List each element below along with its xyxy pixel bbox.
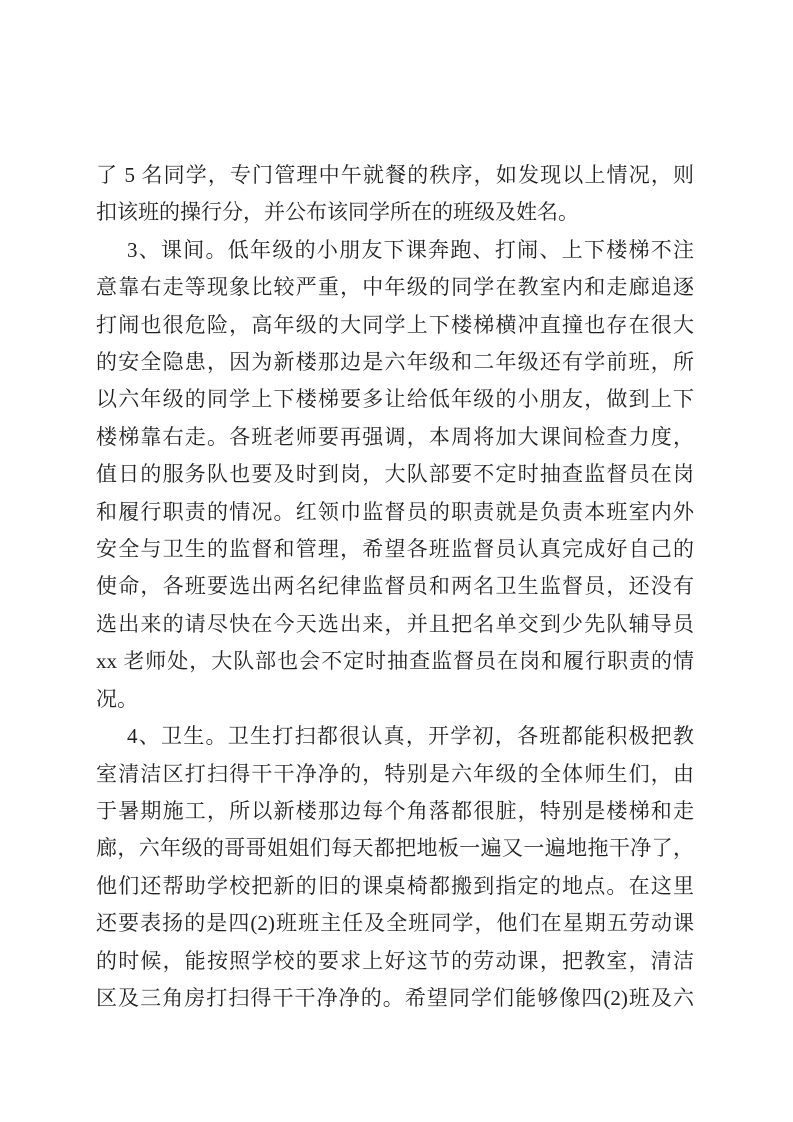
text-line: 的安全隐患，因为新楼那边是六年级和二年级还有学前班，所 [96,344,694,381]
document-body: 了 5 名同学，专门管理中午就餐的秩序，如发现以上情况，则扣该班的操行分，并公布… [96,157,694,1017]
text-line: 和履行职责的情况。红领巾监督员的职责就是负责本班室内外 [96,494,694,531]
text-line: 区及三角房打扫得干干净净的。希望同学们能够像四(2)班及六 [96,980,694,1017]
text-line: xx 老师处，大队部也会不定时抽查监督员在岗和履行职责的情 [96,643,694,680]
text-line: 况。 [96,681,694,718]
text-line: 于暑期施工，所以新楼那边每个角落都很脏，特别是楼梯和走 [96,793,694,830]
text-line: 了 5 名同学，专门管理中午就餐的秩序，如发现以上情况，则 [96,157,694,194]
text-line: 以六年级的同学上下楼梯要多让给低年级的小朋友，做到上下 [96,381,694,418]
text-line: 值日的服务队也要及时到岗，大队部要不定时抽查监督员在岗 [96,456,694,493]
text-line: 3、课间。低年级的小朋友下课奔跑、打闹、上下楼梯不注 [96,232,694,269]
text-line: 楼梯靠右走。各班老师要再强调，本周将加大课间检查力度， [96,419,694,456]
text-line: 的时候，能按照学校的要求上好这节的劳动课，把教室，清洁 [96,943,694,980]
text-line: 廊，六年级的哥哥姐姐们每天都把地板一遍又一遍地拖干净了， [96,830,694,867]
text-line: 扣该班的操行分，并公布该同学所在的班级及姓名。 [96,194,694,231]
text-line: 意靠右走等现象比较严重，中年级的同学在教室内和走廊追逐 [96,269,694,306]
paragraph: 4、卫生。卫生打扫都很认真，开学初，各班都能积极把教室清洁区打扫得干干净净的，特… [96,718,694,1017]
text-line: 打闹也很危险，高年级的大同学上下楼梯横冲直撞也存在很大 [96,307,694,344]
paragraph: 3、课间。低年级的小朋友下课奔跑、打闹、上下楼梯不注意靠右走等现象比较严重，中年… [96,232,694,718]
document-page: 了 5 名同学，专门管理中午就餐的秩序，如发现以上情况，则扣该班的操行分，并公布… [0,0,793,1122]
text-line: 还要表扬的是四(2)班班主任及全班同学，他们在星期五劳动课 [96,905,694,942]
text-line: 4、卫生。卫生打扫都很认真，开学初，各班都能积极把教 [96,718,694,755]
text-line: 使命，各班要选出两名纪律监督员和两名卫生监督员，还没有 [96,568,694,605]
text-line: 室清洁区打扫得干干净净的，特别是六年级的全体师生们，由 [96,756,694,793]
text-line: 安全与卫生的监督和管理，希望各班监督员认真完成好自己的 [96,531,694,568]
text-line: 他们还帮助学校把新的旧的课桌椅都搬到指定的地点。在这里 [96,868,694,905]
text-line: 选出来的请尽快在今天选出来，并且把名单交到少先队辅导员 [96,606,694,643]
paragraph: 了 5 名同学，专门管理中午就餐的秩序，如发现以上情况，则扣该班的操行分，并公布… [96,157,694,232]
